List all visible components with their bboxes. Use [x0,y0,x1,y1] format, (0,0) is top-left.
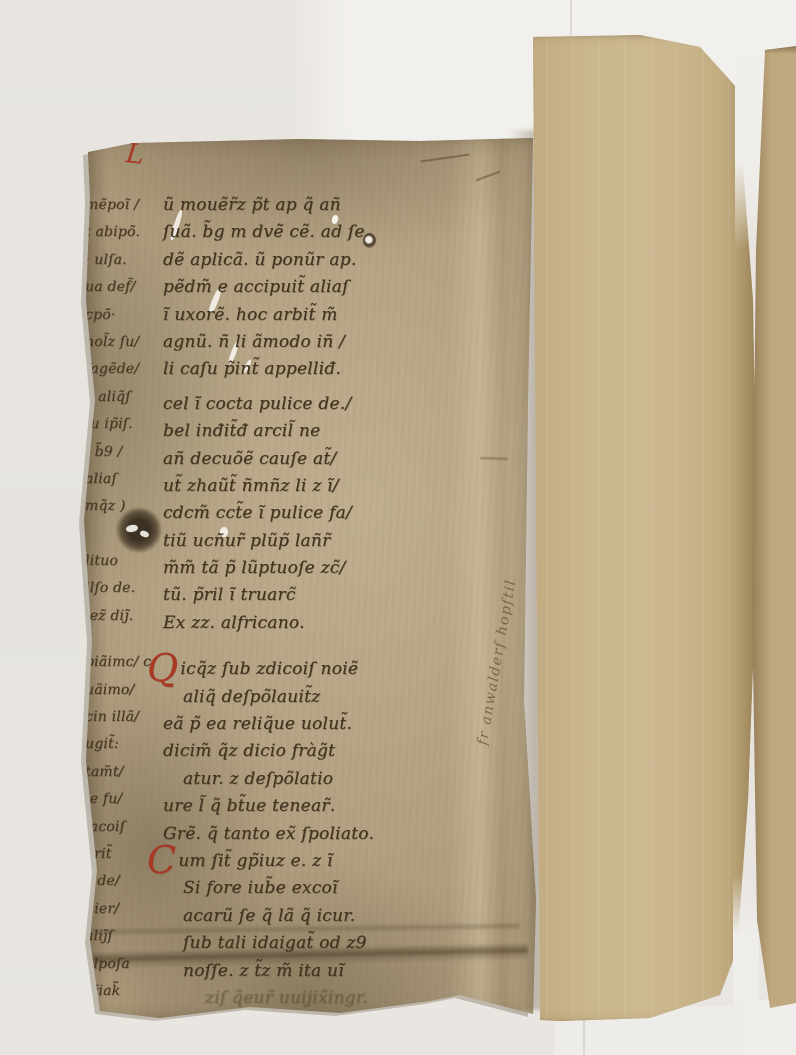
text-line: aliaſ [85,466,163,493]
manuscript-photo: L mẽpoĩ /t abipõ.· ulſa.ua def̃/cpõ·nol̃… [0,0,796,1055]
text-line: ua def̃/ [85,274,163,301]
text-line: bel inđit̃đ arcil̃ ne [163,418,493,445]
text-line: ſub tali idaigat̃ od z9 [163,930,493,957]
text-line: dicim̃ q̃z dicio fràg̃t [163,738,493,765]
page-seam-bottom [583,1016,585,1055]
text-line: elpoſa [85,951,163,978]
text-line: cel ĩ cocta pulice de./ [163,391,493,418]
text-line: lituo [85,548,163,575]
text-line: alij̃ſ [85,923,163,950]
text-line: iez̃ dij̃. [85,603,163,630]
text-line: cdcm̃ cct̃e ĩ pulice fa/ [163,500,493,527]
text-line: li caſu p̃int̃ appelliđ. [163,356,493,383]
text-line: añ decuõẽ cauſe at̃/ [163,446,493,473]
text-line: tũ. p̃ril ĩ truarc̃ [163,582,493,609]
text-line: ut̃ zhaũt̃ ñmñz li z ĩ/ [163,473,493,500]
text-line: mq̃z ) [85,493,163,520]
text-line: uier/ [85,896,163,923]
main-text-column: ũ mouẽr̃z p̃t ap q̃ añſuã. b̃g m dvẽ cẽ.… [163,192,493,1012]
text-line: ugit̃: [85,731,163,758]
text-line: le fu/ [85,786,163,813]
text-line: · ulſa. [85,247,163,274]
text-line: ẽ aliq̃ſ [85,384,163,411]
text-line: ſagẽde/ [85,356,163,383]
text-line: Si fore iub̃e excoĩ [163,875,493,902]
text-line: agnũ. ñ li ãmodo iñ / [163,329,493,356]
text-line: Qicq̃z ſub zdicoiſ noiẽ [163,656,493,683]
text-line: ilſo de. [85,575,163,602]
text-line: - b̃9 / [85,439,163,466]
text-line: ũ mouẽr̃z p̃t ap q̃ añ [163,192,493,219]
text-line: ſuã. b̃g m dvẽ cẽ. ad ſe [163,219,493,246]
text-line: Ex zz. alfricano. [163,610,493,637]
text-line: aliq̃ deſpõlauit̃z [163,684,493,711]
parchment-fragment: L mẽpoĩ /t abipõ.· ulſa.ua def̃/cpõ·nol̃… [80,135,540,1020]
bottom-page-corner [742,1000,796,1055]
text-line: dẽ aplicã. ũ ponũr ap. [163,247,493,274]
text-line: lacoiſ [85,814,163,841]
text-line: atur. z deſpõlatio [163,766,493,793]
text-line: mẽpoĩ / [85,192,163,219]
text-line: nol̃z ſu/ [85,329,163,356]
text-line: acarũ ſe q̃ lã q̃ icur. [163,903,493,930]
white-gap-bottom [733,875,759,1005]
text-line: tam̃t/ [85,759,163,786]
text-line: eã p̃ ea reliq̃ue uolut̃. [163,711,493,738]
margin-text-column: mẽpoĩ /t abipõ.· ulſa.ua def̃/cpõ·nol̃z … [85,192,163,1005]
text-line: pẽdm̃ e accipuit̃ aliaſ [163,274,493,301]
text-line [85,521,163,548]
rubric-l-mark: L [125,140,146,169]
text-line: t abipõ. [85,219,163,246]
text-line: ure l̃ q̃ bt̃ue tenear̃. [163,793,493,820]
text-line: ĩ uxorẽ. hoc arbit̃ m̃ [163,302,493,329]
paper-guard-strip [520,30,760,1025]
text-line: ſu ip̃iſ. [85,411,163,438]
text-line: noſſe. z t̃z m̃ ita uĩ [163,958,493,985]
text-line: cpõ· [85,302,163,329]
text-line: tiũ ucñur̃ plũp̃ lañr̃ [163,528,493,555]
text-line: m̃m̃ tã p̃ lũptuoſe zc̃/ [163,555,493,582]
text-line: Cum ſit̃ gp̃iuz e. z ĩ [163,848,493,875]
page-seam-top [570,0,572,36]
text-line: cin illã/ [85,704,163,731]
text-line: Grẽ. q̃ tanto ex̃ ſpoliato. [163,821,493,848]
guard-strip-shading [520,30,760,1025]
